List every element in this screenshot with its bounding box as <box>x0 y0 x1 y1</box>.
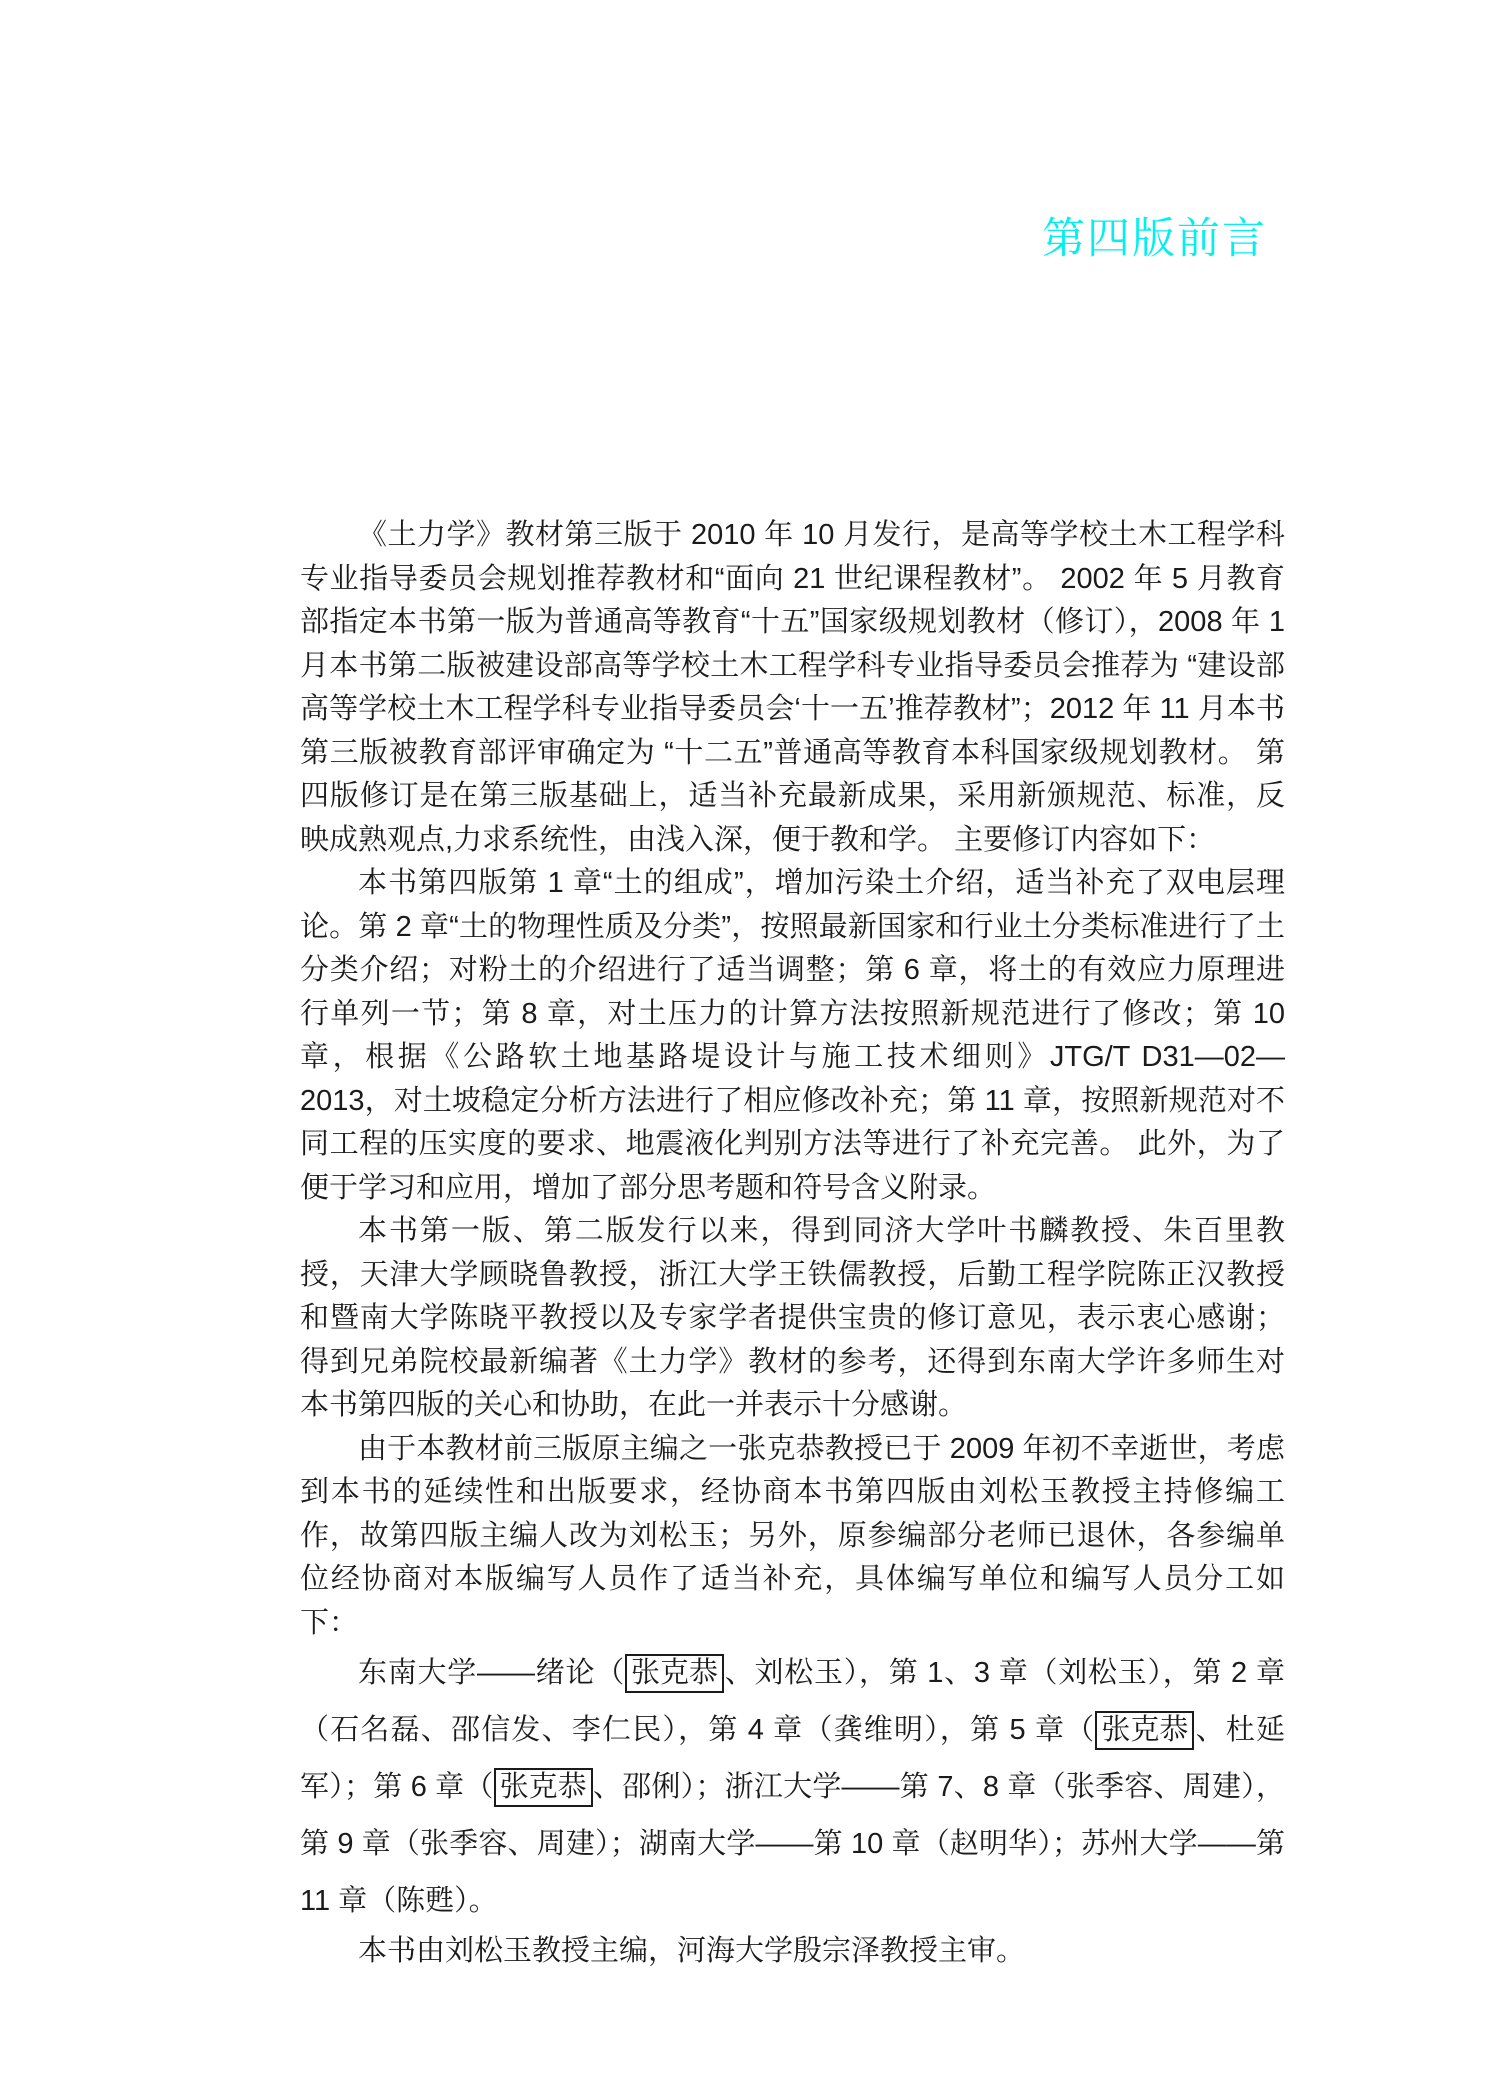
preface-body: 《土力学》教材第三版于 2010 年 10 月发行，是高等学校土木工程学科专业指… <box>300 514 1285 1974</box>
para-editor-change: 由于本教材前三版原主编之一张克恭教授已于 2009 年初不幸逝世，考虑到本书的延… <box>300 1428 1285 1646</box>
text-segment: 本书第四版第 1 章“土的组成”，增加污染土介绍，适当补充了双电层理论。第 2 … <box>300 867 1285 1204</box>
para-acknowledgements: 本书第一版、第二版发行以来，得到同济大学叶书麟教授、朱百里教授，天津大学顾晓鲁教… <box>300 1210 1285 1428</box>
text-segment: 本书第一版、第二版发行以来，得到同济大学叶书麟教授、朱百里教授，天津大学顾晓鲁教… <box>300 1215 1285 1421</box>
text-segment: 本书由刘松玉教授主编，河海大学殷宗泽教授主审。 <box>358 1935 1025 1967</box>
page-title: 第四版前言 <box>300 205 1267 266</box>
deceased-name-box: 张克恭 <box>1095 1711 1194 1750</box>
deceased-name-box: 张克恭 <box>494 1768 593 1807</box>
text-segment: 《土力学》教材第三版于 2010 年 10 月发行，是高等学校土木工程学科专业指… <box>300 519 1285 856</box>
para-publication-history: 《土力学》教材第三版于 2010 年 10 月发行，是高等学校土木工程学科专业指… <box>300 514 1285 862</box>
document-page: 第四版前言 《土力学》教材第三版于 2010 年 10 月发行，是高等学校土木工… <box>0 0 1497 2097</box>
deceased-name-box: 张克恭 <box>625 1654 724 1693</box>
text-segment: 由于本教材前三版原主编之一张克恭教授已于 2009 年初不幸逝世，考虑到本书的延… <box>300 1433 1285 1639</box>
para-revision-contents: 本书第四版第 1 章“土的组成”，增加污染土介绍，适当补充了双电层理论。第 2 … <box>300 862 1285 1210</box>
para-chief-editor: 本书由刘松玉教授主编，河海大学殷宗泽教授主审。 <box>300 1930 1285 1974</box>
para-contributors: 东南大学——绪论（张克恭、刘松玉），第 1、3 章（刘松玉），第 2 章（石名磊… <box>300 1645 1285 1930</box>
text-segment: 东南大学——绪论（ <box>358 1657 625 1689</box>
